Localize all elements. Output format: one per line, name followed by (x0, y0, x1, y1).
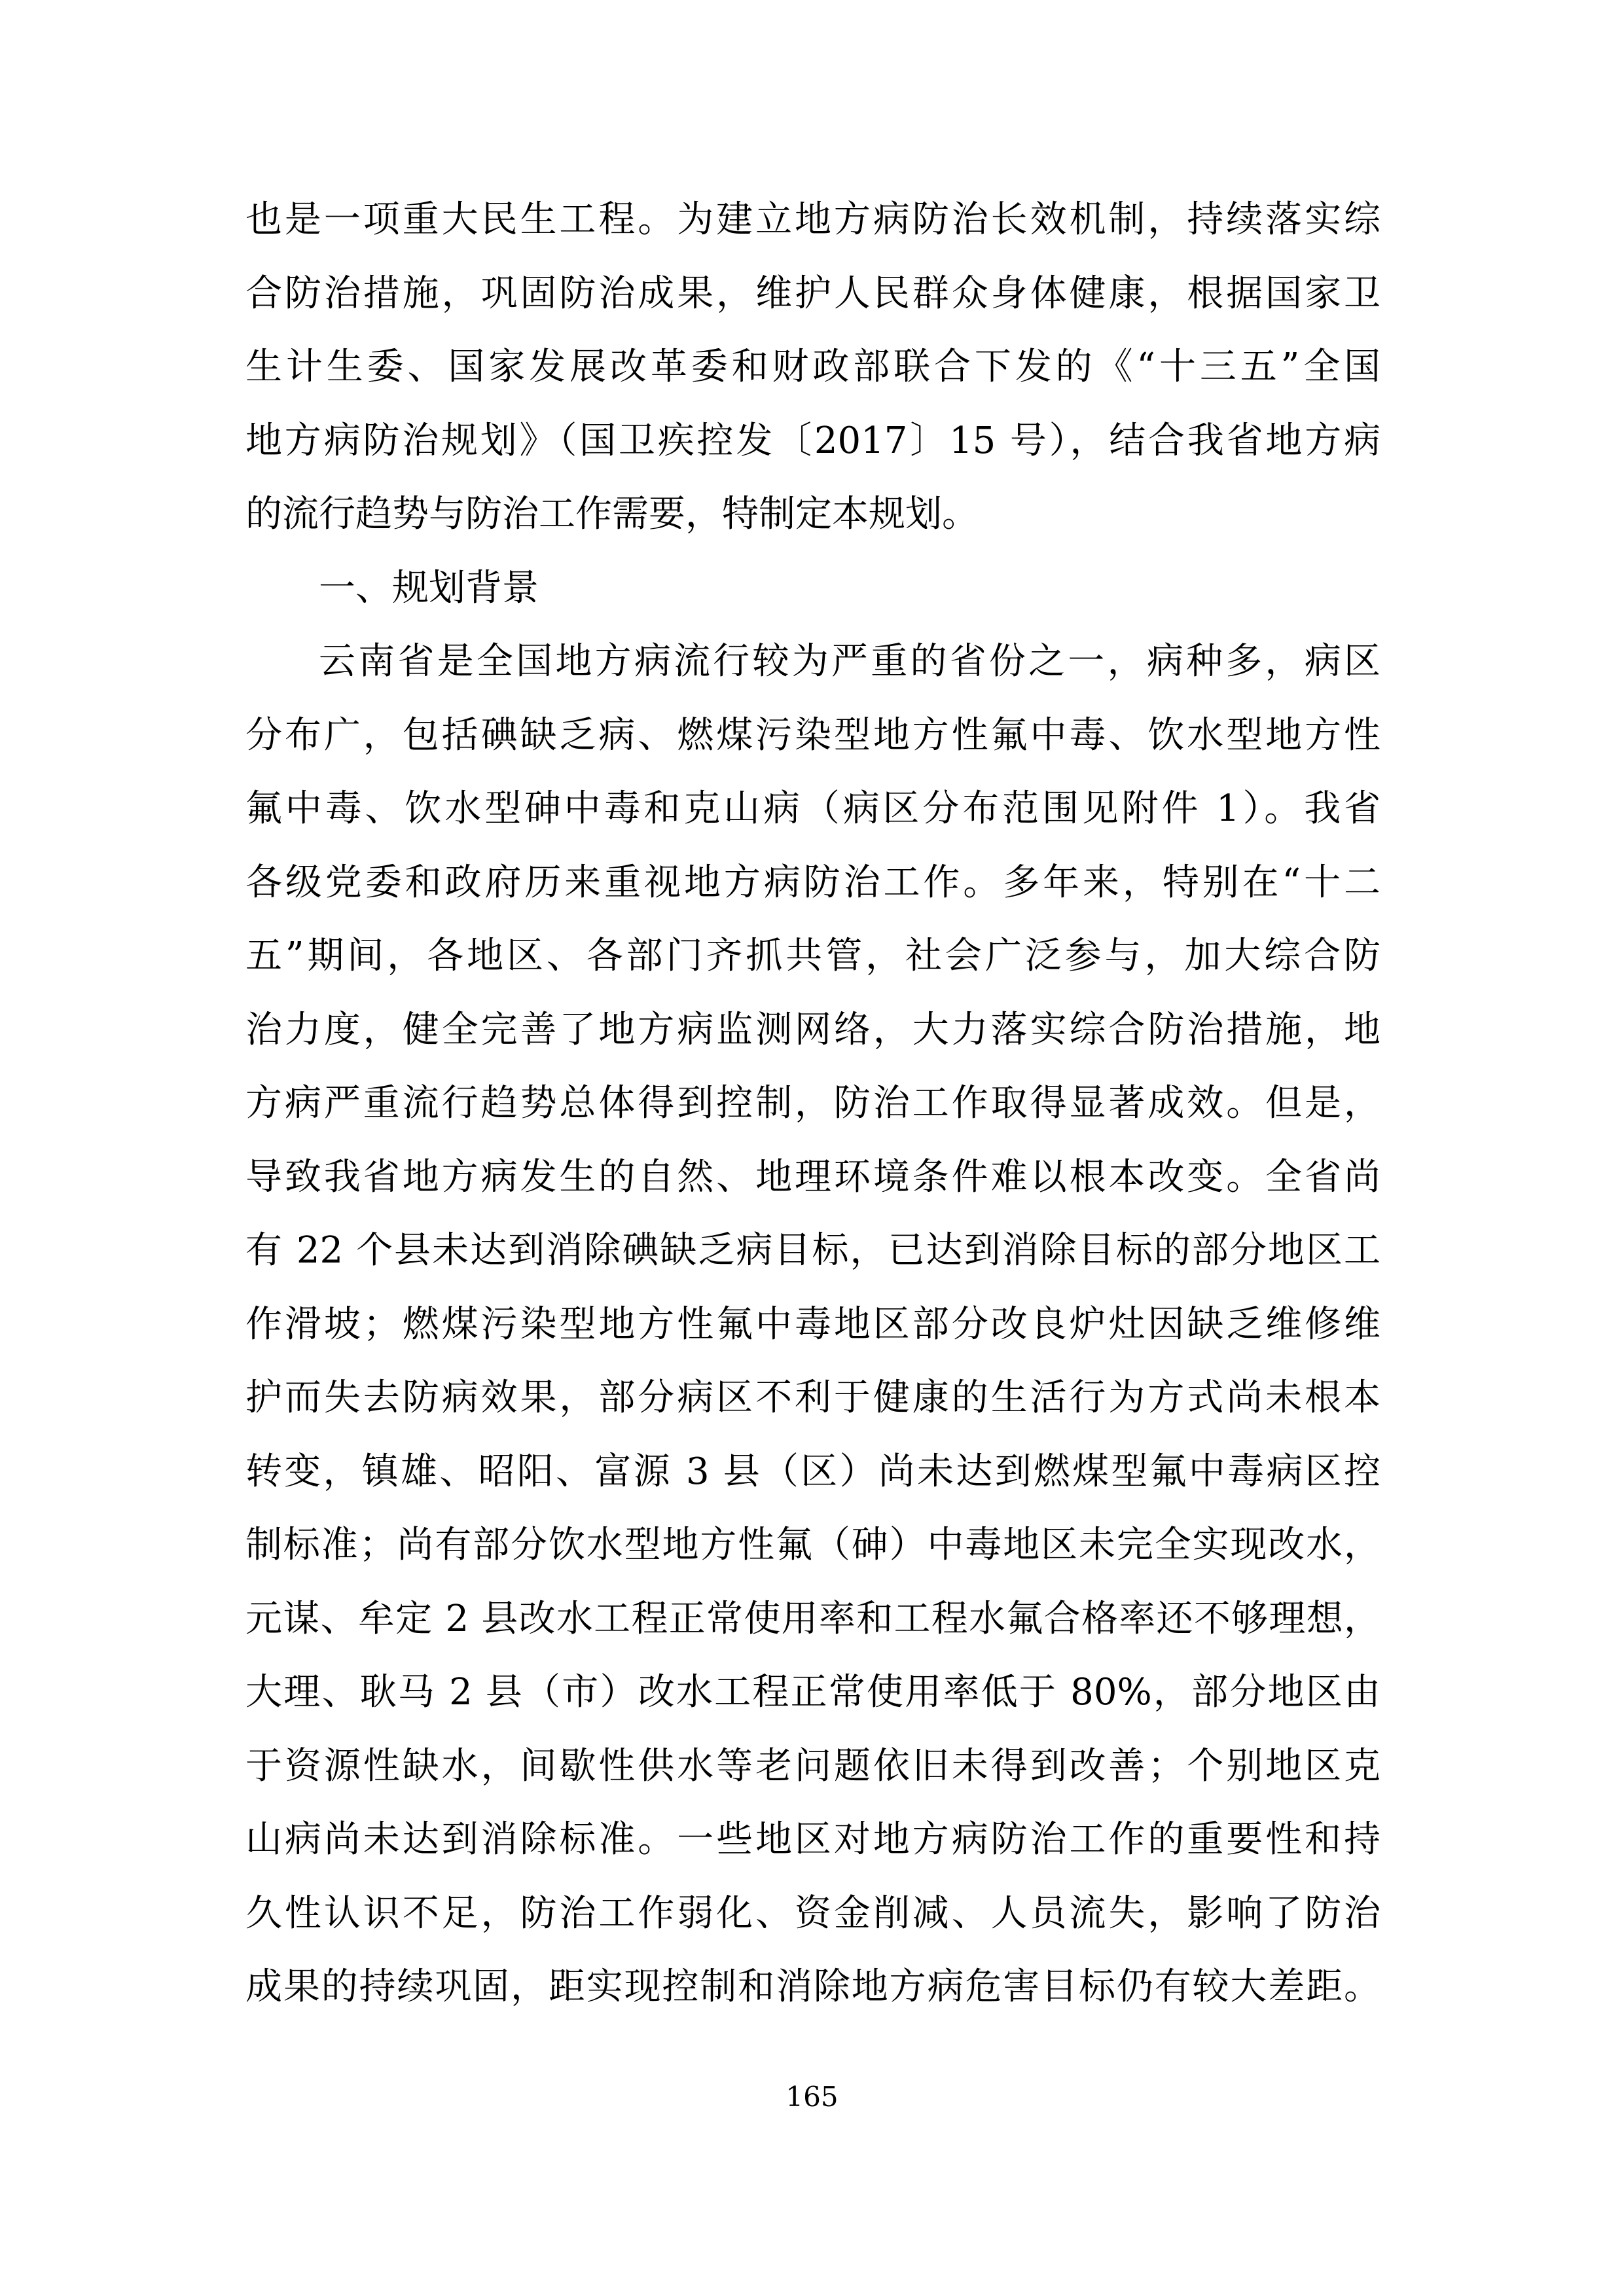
text-line: 作滑坡；燃煤污染型地方性氟中毒地区部分改良炉灶因缺乏维修维 (245, 1288, 1380, 1362)
document-page: 也是一项重大民生工程。为建立地方病防治长效机制，持续落实综合防治措施，巩固防治成… (0, 0, 1624, 2296)
text-line: 久性认识不足，防治工作弱化、资金削减、人员流失，影响了防治 (245, 1877, 1380, 1951)
text-line: 五”期间，各地区、各部门齐抓共管，社会广泛参与，加大综合防 (245, 920, 1380, 994)
text-line: 生计生委、国家发展改革委和财政部联合下发的《“十三五”全国 (245, 331, 1380, 404)
text-line: 合防治措施，巩固防治成果，维护人民群众身体健康，根据国家卫 (245, 257, 1380, 331)
text-line: 转变，镇雄、昭阳、富源 3 县（区）尚未达到燃煤型氟中毒病区控 (245, 1435, 1380, 1509)
section-heading: 一、规划背景 (245, 552, 1380, 626)
text-line: 山病尚未达到消除标准。一些地区对地方病防治工作的重要性和持 (245, 1803, 1380, 1877)
page-footer: 165 (0, 2080, 1624, 2114)
text-line: 各级党委和政府历来重视地方病防治工作。多年来，特别在“十二 (245, 846, 1380, 920)
text-line: 地方病防治规划》（国卫疾控发〔2017〕15 号），结合我省地方病 (245, 404, 1380, 478)
text-block: 也是一项重大民生工程。为建立地方病防治长效机制，持续落实综合防治措施，巩固防治成… (245, 183, 1380, 2024)
text-line: 元谋、牟定 2 县改水工程正常使用率和工程水氟合格率还不够理想， (245, 1583, 1380, 1657)
text-line: 的流行趋势与防治工作需要，特制定本规划。 (245, 478, 1380, 552)
text-line: 云南省是全国地方病流行较为严重的省份之一，病种多，病区 (245, 625, 1380, 699)
text-line: 分布广，包括碘缺乏病、燃煤污染型地方性氟中毒、饮水型地方性 (245, 699, 1380, 773)
text-line: 氟中毒、饮水型砷中毒和克山病（病区分布范围见附件 1）。我省 (245, 772, 1380, 846)
text-line: 有 22 个县未达到消除碘缺乏病目标，已达到消除目标的部分地区工 (245, 1214, 1380, 1288)
text-line: 于资源性缺水，间歇性供水等老问题依旧未得到改善；个别地区克 (245, 1730, 1380, 1804)
text-line: 治力度，健全完善了地方病监测网络，大力落实综合防治措施，地 (245, 994, 1380, 1067)
page-number: 165 (785, 2081, 838, 2113)
text-line: 也是一项重大民生工程。为建立地方病防治长效机制，持续落实综 (245, 183, 1380, 257)
text-line: 成果的持续巩固，距实现控制和消除地方病危害目标仍有较大差距。 (245, 1950, 1380, 2024)
text-line: 导致我省地方病发生的自然、地理环境条件难以根本改变。全省尚 (245, 1141, 1380, 1215)
text-line: 大理、耿马 2 县（市）改水工程正常使用率低于 80%，部分地区由 (245, 1656, 1380, 1730)
text-line: 护而失去防病效果，部分病区不利于健康的生活行为方式尚未根本 (245, 1361, 1380, 1435)
text-line: 制标准；尚有部分饮水型地方性氟（砷）中毒地区未完全实现改水， (245, 1509, 1380, 1583)
text-line: 方病严重流行趋势总体得到控制，防治工作取得显著成效。但是， (245, 1067, 1380, 1141)
